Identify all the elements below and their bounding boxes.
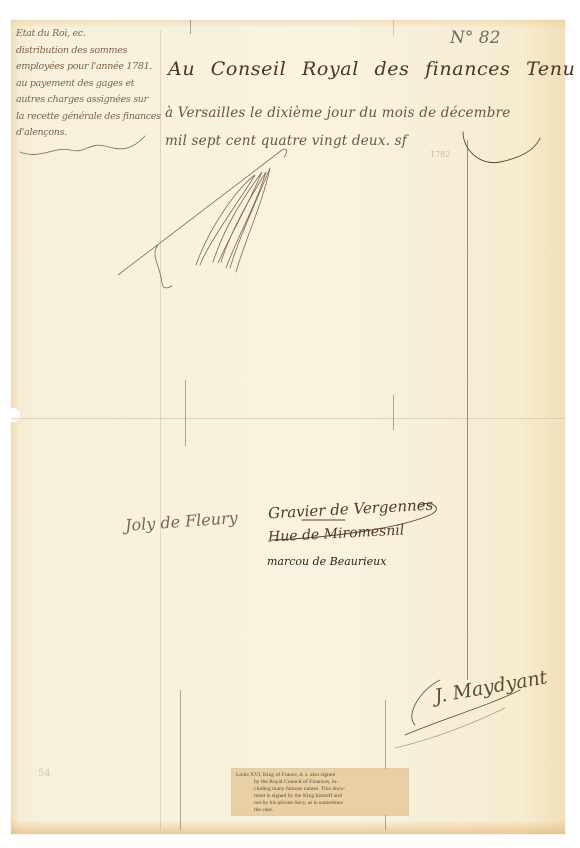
margin-note-line: d'alençons. [16,125,164,142]
margin-note-line: distribution des sommes [16,43,164,60]
pencil-corner-note: 54 [38,768,51,779]
clipping-line: Louis XVI, King of France, d. s. also si… [236,772,404,779]
document-heading: Au Conseil Royal des finances Tenu [168,58,575,80]
dealer-clipping-label: Louis XVI, King of France, d. s. also si… [232,769,408,815]
right-ruled-line [467,140,468,680]
clipping-line: not by his private Secy, as is sometimes [236,800,404,807]
body-line: à Versailles le dixième jour du mois de … [165,105,510,121]
left-margin-rule [160,30,161,830]
body-line: mil sept cent quatre vingt deux. sf [165,133,407,149]
fold-tick-right [393,395,394,430]
margin-note-line: Etat du Roi, ec. [16,26,164,43]
top-fold-tick [190,20,191,34]
signature-beaurieux: marcou de Beaurieux [267,555,386,568]
reference-number: N° 82 [450,28,500,48]
clipping-line: ment is signed by the King himself and [236,793,404,800]
top-fold-tick-right [393,20,394,36]
margin-note-line: employées pour l'année 1781. [16,59,164,76]
clipping-line: cluding many famous names. This docu- [236,786,404,793]
margin-note-line: la recette générale des finances [16,109,164,126]
margin-note-line: au payement des gages et [16,76,164,93]
pencil-year-note: 1782 [430,150,450,159]
bottom-rule-left [180,690,181,830]
fold-tick-center [185,380,186,446]
margin-note: Etat du Roi, ec. distribution des sommes… [16,26,164,142]
margin-note-line: autres charges assignées sur [16,92,164,109]
horizontal-fold-line [11,418,565,420]
clipping-line: by the Royal Council of Finances, in- [236,779,404,786]
clipping-line: the case. [236,807,404,814]
